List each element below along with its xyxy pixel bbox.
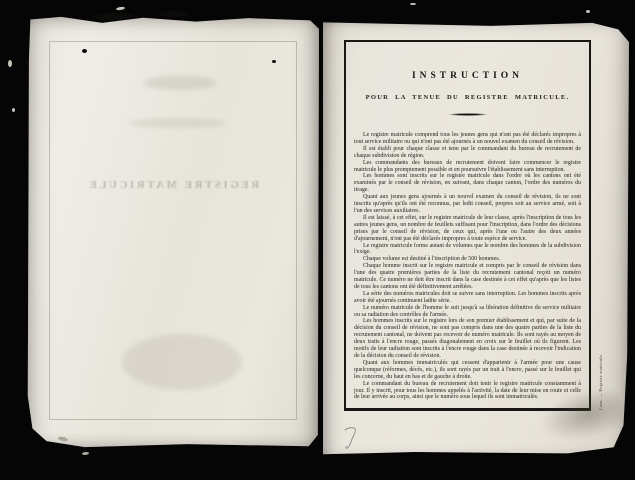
scanned-document: REGISTRE MATRICULE INSTRUCTION POUR LA T…: [0, 0, 635, 480]
paper-speck: [8, 60, 12, 67]
paper-stain: [122, 334, 242, 390]
ink-speck: [82, 49, 87, 53]
instruction-paragraph: Quant aux jeunes gens ajournés à un nouv…: [354, 194, 581, 215]
mirrored-bleedthrough-title: REGISTRE MATRICULE: [86, 179, 258, 191]
instruction-paragraph: Les commandants des bureaux de recruteme…: [354, 160, 581, 174]
instruction-body: Le registre matricule comprend tous les …: [354, 132, 581, 401]
paper-speck: [116, 6, 125, 10]
instruction-paragraph: Le registre matricule forme autant de vo…: [354, 243, 581, 257]
paper-speck: [410, 3, 416, 5]
instruction-paragraph: Il est établi pour chaque classe et tenu…: [354, 146, 581, 160]
right-page: INSTRUCTION POUR LA TENUE DU REGISTRE MA…: [323, 18, 629, 456]
instruction-paragraph: Chaque homme inscrit sur le registre mat…: [354, 263, 581, 291]
torn-edge-shadow: [158, 11, 188, 17]
paper-speck: [12, 108, 15, 112]
paper-speck: [586, 10, 590, 13]
instruction-paragraph: Il est laissé, à cet effet, sur le regis…: [354, 215, 581, 243]
ink-speck: [272, 60, 276, 63]
instruction-paragraph: Quant aux hommes immatriculés qui cessen…: [354, 360, 581, 381]
page-subtitle: POUR LA TENUE DU REGISTRE MATRICULE.: [354, 94, 581, 101]
instruction-paragraph: Le registre matricule comprend tous les …: [354, 132, 581, 146]
instruction-paragraph: Le commandant du bureau de recrutement d…: [354, 381, 581, 402]
instruction-paragraph: Les hommes inscrits sur le registre lors…: [354, 318, 581, 359]
handwritten-pencil-mark: [343, 426, 359, 452]
instruction-paragraph: La série des numéros matricules doit se …: [354, 291, 581, 305]
page-title: INSTRUCTION: [354, 71, 581, 81]
left-page: REGISTRE MATRICULE: [26, 16, 319, 448]
instruction-paragraph: Le numéro matricule de l'homme le suit j…: [354, 305, 581, 319]
torn-edge-shadow: [92, 12, 134, 20]
bleedthrough-smudge: [130, 118, 226, 128]
instruction-paragraph: Chaque volume est destiné à l'inscriptio…: [354, 256, 581, 263]
bleedthrough-smudge: [144, 76, 216, 90]
printed-border-frame: INSTRUCTION POUR LA TENUE DU REGISTRE MA…: [344, 40, 591, 411]
instruction-paragraph: Les hommes sont inscrits sur le registre…: [354, 173, 581, 194]
torn-paper-bit: [82, 452, 89, 456]
decorative-rule: [441, 113, 495, 116]
